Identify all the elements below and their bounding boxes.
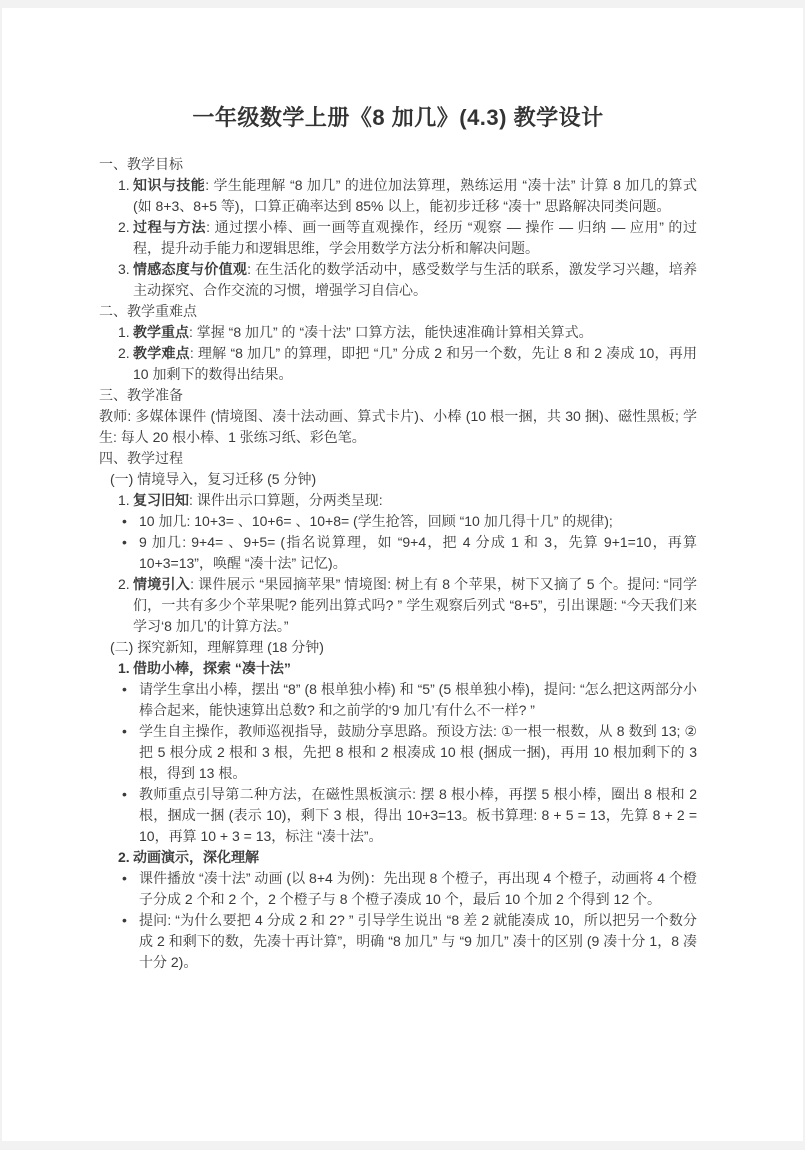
preparation-paragraph: 教师: 多媒体课件 (情境图、凑十法动画、算式卡片)、小棒 (10 根一捆，共 … [99, 406, 697, 448]
list-item-bold: 1. 借助小棒，探索 “凑十法” [99, 658, 697, 679]
item-lead: 情感态度与价值观 [133, 261, 247, 277]
item-marker: 2. [118, 847, 133, 868]
list-item: 3. 情感态度与价值观: 在生活化的数学活动中，感受数学与生活的联系，激发学习兴… [99, 259, 697, 301]
list-item: 2. 教学难点: 理解 “8 加几” 的算理，即把 “几” 分成 2 和另一个数… [99, 343, 697, 385]
item-marker: 1. [118, 658, 133, 679]
bullet-marker: • [122, 511, 139, 532]
item-marker: 2. [118, 343, 133, 385]
bullet-item: • 学生自主操作，教师巡视指导，鼓励分享思路。预设方法: ①一根一根数，从 8 … [99, 721, 697, 784]
item-marker: 1. [118, 490, 133, 511]
item-text: 情感态度与价值观: 在生活化的数学活动中，感受数学与生活的联系，激发学习兴趣，培… [133, 259, 697, 301]
document-page: 一年级数学上册《8 加几》(4.3) 教学设计 一、教学目标 1. 知识与技能:… [2, 8, 803, 1141]
bullet-marker: • [122, 910, 139, 973]
bullet-text: 课件播放 “凑十法” 动画 (以 8+4 为例)：先出现 8 个橙子，再出现 4… [139, 868, 697, 910]
subsection-heading-intro: (一) 情境导入，复习迁移 (5 分钟) [99, 469, 697, 490]
item-lead: 教学重点 [133, 324, 189, 340]
item-lead: 动画演示，深化理解 [133, 849, 259, 865]
list-item-bold: 2. 动画演示，深化理解 [99, 847, 697, 868]
bullet-item: • 提问: “为什么要把 4 分成 2 和 2? ” 引导学生说出 “8 差 2… [99, 910, 697, 973]
item-text: 情境引入: 课件展示 “果园摘苹果” 情境图: 树上有 8 个苹果，树下又摘了 … [133, 574, 697, 637]
item-lead: 过程与方法 [133, 219, 206, 235]
document-viewer-canvas: 一年级数学上册《8 加几》(4.3) 教学设计 一、教学目标 1. 知识与技能:… [0, 0, 805, 1150]
section-heading-process: 四、教学过程 [99, 448, 697, 469]
item-lead: 教学难点 [133, 345, 190, 361]
bullet-item: • 请学生拿出小棒，摆出 “8” (8 根单独小棒) 和 “5” (5 根单独小… [99, 679, 697, 721]
list-item: 2. 情境引入: 课件展示 “果园摘苹果” 情境图: 树上有 8 个苹果，树下又… [99, 574, 697, 637]
document-body: 一、教学目标 1. 知识与技能: 学生能理解 “8 加几” 的进位加法算理，熟练… [99, 154, 697, 973]
bullet-marker: • [122, 679, 139, 721]
item-rest: : 课件展示 “果园摘苹果” 情境图: 树上有 8 个苹果，树下又摘了 5 个。… [133, 576, 697, 634]
item-rest: : 通过摆小棒、画一画等直观操作，经历 “观察 — 操作 — 归纳 — 应用” … [133, 219, 697, 256]
bullet-text: 学生自主操作，教师巡视指导，鼓励分享思路。预设方法: ①一根一根数，从 8 数到… [139, 721, 697, 784]
section-heading-preparation: 三、教学准备 [99, 385, 697, 406]
section-heading-objectives: 一、教学目标 [99, 154, 697, 175]
list-item: 2. 过程与方法: 通过摆小棒、画一画等直观操作，经历 “观察 — 操作 — 归… [99, 217, 697, 259]
item-text: 动画演示，深化理解 [133, 847, 697, 868]
list-item: 1. 教学重点: 掌握 “8 加几” 的 “凑十法” 口算方法，能快速准确计算相… [99, 322, 697, 343]
item-rest: : 学生能理解 “8 加几” 的进位加法算理，熟练运用 “凑十法” 计算 8 加… [133, 177, 697, 214]
item-text: 知识与技能: 学生能理解 “8 加几” 的进位加法算理，熟练运用 “凑十法” 计… [133, 175, 697, 217]
item-text: 过程与方法: 通过摆小棒、画一画等直观操作，经历 “观察 — 操作 — 归纳 —… [133, 217, 697, 259]
list-item: 1. 知识与技能: 学生能理解 “8 加几” 的进位加法算理，熟练运用 “凑十法… [99, 175, 697, 217]
item-marker: 2. [118, 574, 133, 637]
item-lead: 情境引入 [133, 576, 190, 592]
bullet-marker: • [122, 784, 139, 847]
item-marker: 2. [118, 217, 133, 259]
bullet-item: • 课件播放 “凑十法” 动画 (以 8+4 为例)：先出现 8 个橙子，再出现… [99, 868, 697, 910]
bullet-marker: • [122, 721, 139, 784]
bullet-item: • 9 加几: 9+4= 、9+5= (指名说算理，如 “9+4，把 4 分成 … [99, 532, 697, 574]
item-text: 教学重点: 掌握 “8 加几” 的 “凑十法” 口算方法，能快速准确计算相关算式… [133, 322, 697, 343]
item-text: 教学难点: 理解 “8 加几” 的算理，即把 “几” 分成 2 和另一个数，先让… [133, 343, 697, 385]
item-lead: 知识与技能 [133, 177, 205, 193]
section-heading-key-points: 二、教学重难点 [99, 301, 697, 322]
item-marker: 1. [118, 175, 133, 217]
bullet-item: • 10 加几: 10+3= 、10+6= 、10+8= (学生抢答，回顾 “1… [99, 511, 697, 532]
item-text: 复习旧知: 课件出示口算题，分两类呈现: [133, 490, 697, 511]
document-title: 一年级数学上册《8 加几》(4.3) 教学设计 [99, 102, 697, 134]
item-rest: : 理解 “8 加几” 的算理，即把 “几” 分成 2 和另一个数，先让 8 和… [133, 345, 697, 382]
bullet-text: 提问: “为什么要把 4 分成 2 和 2? ” 引导学生说出 “8 差 2 就… [139, 910, 697, 973]
bullet-item: • 教师重点引导第二种方法，在磁性黑板演示: 摆 8 根小棒，再摆 5 根小棒，… [99, 784, 697, 847]
bullet-marker: • [122, 868, 139, 910]
item-marker: 3. [118, 259, 133, 301]
bullet-marker: • [122, 532, 139, 574]
bullet-text: 9 加几: 9+4= 、9+5= (指名说算理，如 “9+4，把 4 分成 1 … [139, 532, 697, 574]
list-item: 1. 复习旧知: 课件出示口算题，分两类呈现: [99, 490, 697, 511]
bullet-text: 10 加几: 10+3= 、10+6= 、10+8= (学生抢答，回顾 “10 … [139, 511, 697, 532]
item-rest: : 课件出示口算题，分两类呈现: [189, 492, 383, 508]
item-rest: : 掌握 “8 加几” 的 “凑十法” 口算方法，能快速准确计算相关算式。 [189, 324, 593, 340]
bullet-text: 请学生拿出小棒，摆出 “8” (8 根单独小棒) 和 “5” (5 根单独小棒)… [139, 679, 697, 721]
bullet-text: 教师重点引导第二种方法，在磁性黑板演示: 摆 8 根小棒，再摆 5 根小棒，圈出… [139, 784, 697, 847]
subsection-heading-explore: (二) 探究新知，理解算理 (18 分钟) [99, 637, 697, 658]
item-text: 借助小棒，探索 “凑十法” [133, 658, 697, 679]
item-lead: 复习旧知 [133, 492, 189, 508]
item-lead: 借助小棒，探索 “凑十法” [133, 660, 291, 676]
item-marker: 1. [118, 322, 133, 343]
